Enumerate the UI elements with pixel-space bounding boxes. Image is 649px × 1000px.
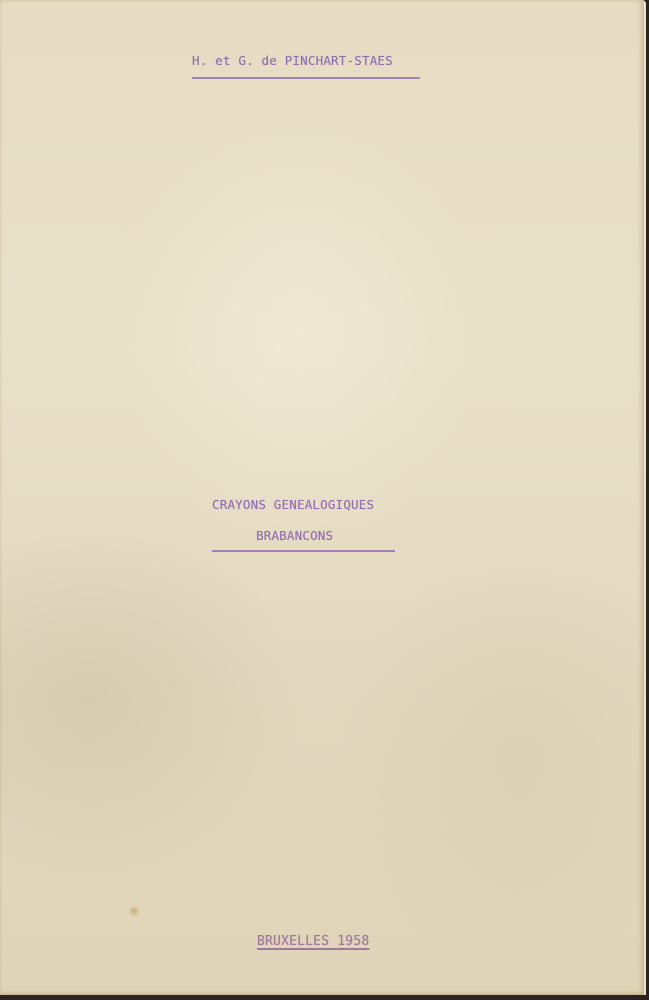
title-line-2: BRABANCONS [256, 528, 333, 543]
title-page: H. et G. de PINCHART-STAES CRAYONS GENEA… [0, 0, 646, 995]
author-line: H. et G. de PINCHART-STAES [192, 53, 393, 68]
title-underline [212, 550, 395, 552]
place-and-year: BRUXELLES 1958 [257, 934, 369, 949]
author-underline [192, 77, 420, 79]
paper-stain [128, 906, 140, 916]
title-line-1: CRAYONS GENEALOGIQUES [212, 497, 374, 512]
